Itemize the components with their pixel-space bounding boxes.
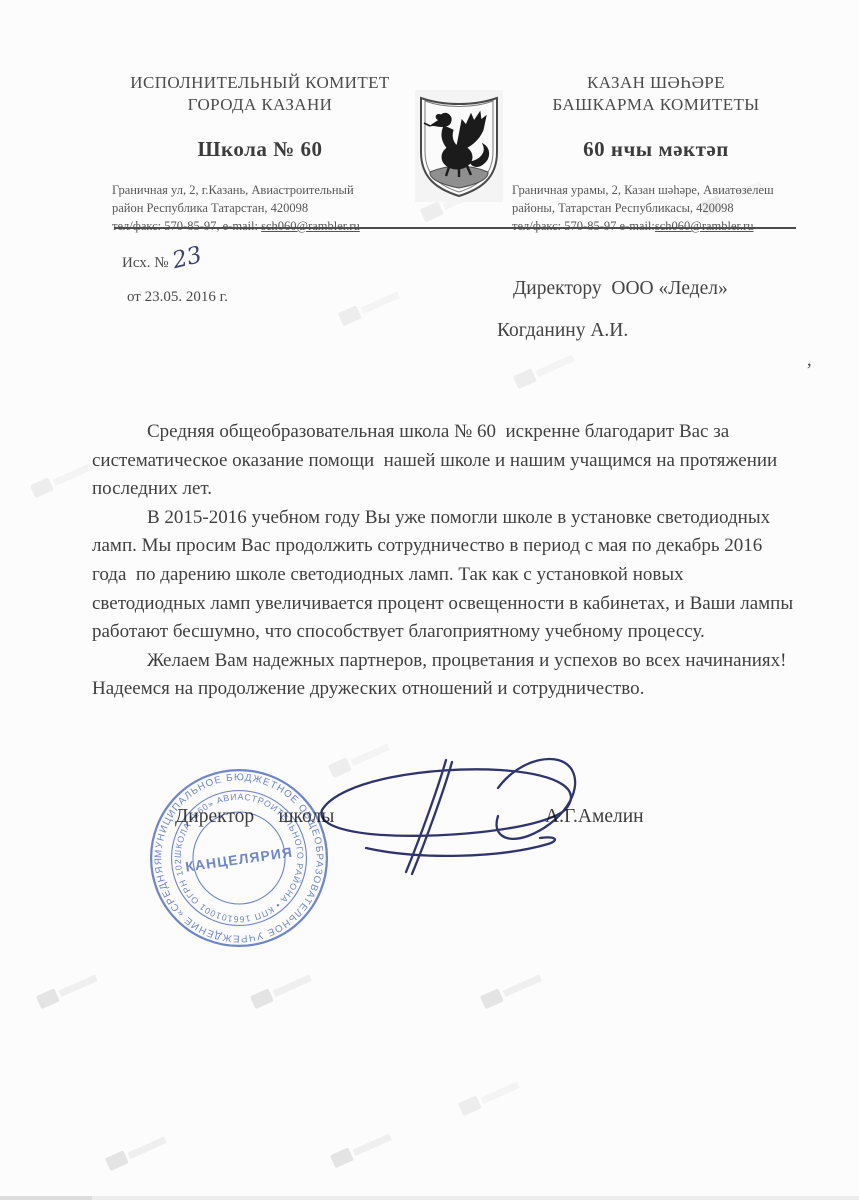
scan-edge-shadow	[0, 1196, 859, 1200]
contact-line: тел/факс: 570-85-97 e-mail:sch060@ramble…	[512, 217, 806, 235]
body-paragraph: В 2015-2016 учебном году Вы уже помогли …	[92, 504, 800, 647]
scanned-letter-page: ИСПОЛНИТЕЛЬНЫЙ КОМИТЕТ ГОРОДА КАЗАНИ Шко…	[0, 0, 859, 1200]
letter-body: Средняя общеобразовательная школа № 60 и…	[92, 418, 800, 704]
email-link: sch060@rambler.ru	[261, 219, 360, 233]
ledel-watermark-icon	[458, 1078, 521, 1116]
addressee-block: Директору ООО «Ледел» Когданину А.И.	[497, 278, 728, 342]
body-paragraph: Средняя общеобразовательная школа № 60 и…	[92, 418, 800, 504]
header-right-block: КАЗАН ШӘҺӘРЕ БАШКАРМА КОМИТЕТЫ 60 нчы мә…	[506, 72, 806, 235]
stray-ink-mark: ’	[806, 360, 812, 382]
contact-prefix: тел/факс: 570-85-97, e-mail:	[112, 219, 261, 233]
ledel-watermark-icon	[30, 460, 93, 498]
address-line2: районы, Татарстан Республикасы, 420098	[512, 199, 806, 217]
addressee-name: Когданину А.И.	[497, 320, 728, 342]
org-title-line1: КАЗАН ШӘҺӘРЕ	[506, 72, 806, 94]
header-left-block: ИСПОЛНИТЕЛЬНЫЙ КОМИТЕТ ГОРОДА КАЗАНИ Шко…	[112, 72, 408, 235]
handwritten-ref-number: 23	[169, 242, 204, 274]
body-paragraph: Желаем Вам надежных партнеров, процветан…	[92, 647, 800, 704]
school-name-ru: Школа № 60	[112, 137, 408, 162]
school-name-tat: 60 нчы мәктәп	[506, 137, 806, 162]
outgoing-ref-label: Исх. №	[122, 255, 169, 271]
contact-line: тел/факс: 570-85-97, e-mail: sch060@ramb…	[112, 217, 408, 235]
scan-edge-shadow-dark	[0, 1196, 92, 1200]
addressee-title: Директору ООО «Ледел»	[513, 278, 728, 300]
address-line1: Граничная урамы, 2, Казан шәһәре, Авиатө…	[512, 181, 806, 199]
ledel-watermark-icon	[338, 288, 401, 326]
office-stamp-icon: МУНИЦИПАЛЬНОЕ БЮДЖЕТНОЕ ОБЩЕОБРАЗОВАТЕЛЬ…	[147, 766, 331, 950]
ledel-watermark-icon	[105, 1133, 168, 1171]
contact-prefix: тел/факс: 570-85-97 e-mail:	[512, 219, 655, 233]
org-title-ru: ИСПОЛНИТЕЛЬНЫЙ КОМИТЕТ ГОРОДА КАЗАНИ	[112, 72, 408, 116]
address-line2: район Республика Татарстан, 420098	[112, 199, 408, 217]
ledel-watermark-icon	[480, 971, 543, 1009]
header-divider-line	[114, 227, 796, 229]
ledel-watermark-icon	[250, 971, 313, 1009]
email-link: sch060@rambler.ru	[655, 219, 754, 233]
stamp-center-text: КАНЦЕЛЯРИЯ	[184, 845, 294, 875]
org-title-line2: ГОРОДА КАЗАНИ	[112, 94, 408, 116]
org-title-tat: КАЗАН ШӘҺӘРЕ БАШКАРМА КОМИТЕТЫ	[506, 72, 806, 116]
outgoing-ref-line: Исх. №23	[122, 247, 202, 273]
letter-date: от 23.05. 2016 г.	[127, 289, 228, 306]
ledel-watermark-icon	[36, 971, 99, 1009]
ledel-watermark-icon	[513, 351, 576, 389]
address-line1: Граничная ул, 2, г.Казань, Авиастроитель…	[112, 181, 408, 199]
signature-ink-icon	[315, 748, 587, 890]
kazan-coat-of-arms-icon	[415, 90, 503, 202]
ledel-watermark-icon	[330, 1130, 393, 1168]
org-title-line2: БАШКАРМА КОМИТЕТЫ	[506, 94, 806, 116]
org-title-line1: ИСПОЛНИТЕЛЬНЫЙ КОМИТЕТ	[112, 72, 408, 94]
